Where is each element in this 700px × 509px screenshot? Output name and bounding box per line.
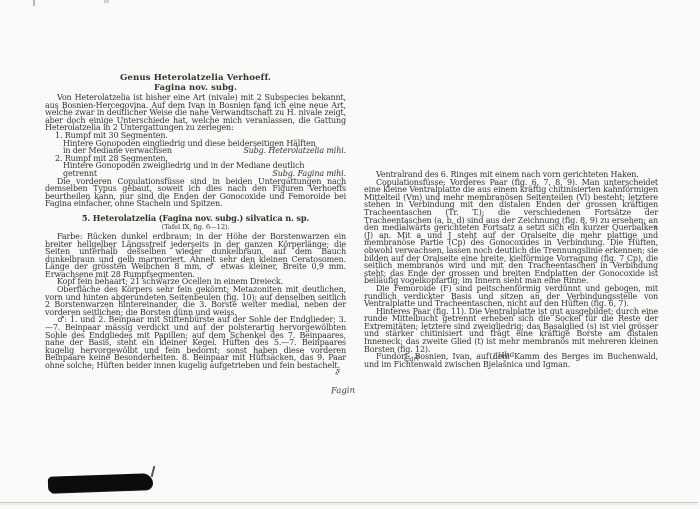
scanned-document-page: Genus Heterolatzelia Verhoeff. Fagina no… (0, 0, 700, 509)
handwritten-caret-mark: ʂ (335, 366, 340, 375)
scan-artifact-mark (33, 0, 35, 6)
intro-paragraph: Von Heterolatzelia ist bisher eine Art (… (45, 94, 346, 132)
key-item-1-subgenus: Subg. Heterolatzelia mihi. (243, 147, 346, 155)
copulation-note-paragraph: Die vorderen Copulationsfüsse sind in be… (45, 178, 346, 208)
male-description-paragraph: ♂: 1. und 2. Beinpaar mit Stiftenbürste … (45, 316, 346, 369)
determination-key: 1. Rumpf mit 30 Segmenten. Hintere Gonop… (45, 132, 346, 178)
copulatory-feet-paragraph: Copulationsfüsse: Vorderes Paar (fig. 6,… (364, 179, 658, 285)
handwritten-annotation-below-fundort: Fagin (331, 386, 355, 397)
color-description-paragraph: Farbe: Rücken dunkel erdbraun; in der Hö… (45, 233, 346, 279)
plate-reference: (Tafel IX, fig. 6—12). (45, 223, 346, 231)
posterior-pair-paragraph: Hinteres Paar (fig. 11). Die Ventralplat… (364, 308, 658, 354)
left-text-column: Genus Heterolatzelia Verhoeff. Fagina no… (45, 74, 346, 370)
right-text-column: Ventralrand des 6. Ringes mit einem nach… (364, 171, 658, 368)
surface-description-paragraph: Oberfläche des Körpers sehr fein gekörnt… (45, 286, 346, 316)
page-bottom-edge-shadow (0, 503, 698, 505)
species-heading: 5. Heterolatzelia (Fagina nov. subg.) si… (45, 214, 346, 223)
ink-blob-stray-mark (151, 466, 156, 477)
subgenus-heading: Fagina nov. subg. (45, 83, 346, 92)
handwritten-annotation-over-kamm: Carl (404, 354, 420, 363)
scan-artifact-mark (104, 0, 109, 3)
femoroids-paragraph: Die Femoroide (F) sind peitschenförmig v… (364, 285, 658, 308)
blacked-out-ink-blob (48, 473, 152, 493)
